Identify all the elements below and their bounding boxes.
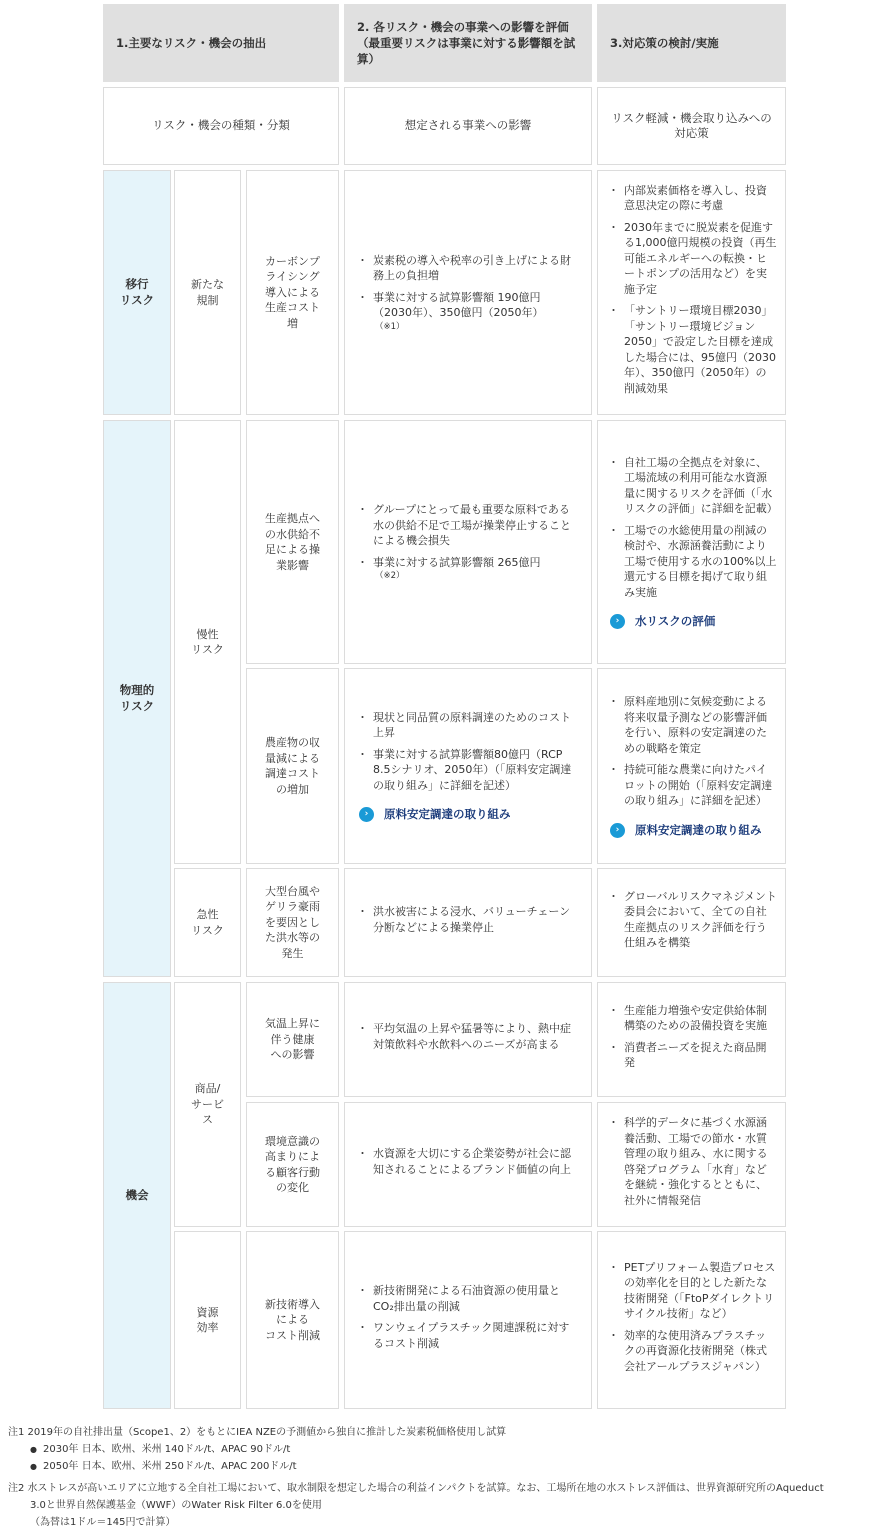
raw-material-procurement-link[interactable]: › 原料安定調達の取り組み: [610, 823, 777, 839]
impact-item: ワンウェイプラスチック関連課税に対するコスト削減: [359, 1320, 577, 1351]
risk-factor: カーボンプ ライシング 導入による 生産コスト 増: [246, 170, 339, 415]
response-cell: 科学的データに基づく水源涵養活動、工場での節水・水質管理の取り組み、水に関する啓…: [597, 1102, 786, 1227]
note-1: 注1 2019年の自社排出量（Scope1、2）をもとにIEA NZEの予測値か…: [8, 1424, 868, 1441]
category-physical-risk: 物理的 リスク: [103, 420, 171, 977]
impact-cell: 洪水被害による浸水、バリューチェーン分断などによる操業停止: [344, 868, 592, 977]
class-acute-risk: 急性 リスク: [174, 868, 241, 977]
subheader-label: リスク軽減・機会取り込みへの: [611, 111, 772, 127]
response-item: 生産能力増強や安定供給体制構築のための設備投資を実施: [610, 1003, 777, 1034]
impact-item: 事業に対する試算影響額 190億円（2030年）、350億円（2050年）: [359, 290, 577, 321]
subheader-label: 想定される事業への影響: [405, 118, 532, 134]
response-cell: PETプリフォーム製造プロセスの効率化を目的とした新たな技術開発（「FtoPダイ…: [597, 1231, 786, 1409]
note-2-exchange-rate: （為替は1ドル＝145円で計算）: [8, 1514, 868, 1531]
subheader-response: リスク軽減・機会取り込みへの 対応策: [597, 87, 786, 165]
response-item: 効率的な使用済みプラスチックの再資源化技術開発（株式会社アールプラスジャパン）: [610, 1328, 777, 1375]
response-item: 2030年までに脱炭素を促進する1,000億円規模の投資（再生可能エネルギーへの…: [610, 220, 777, 298]
note-1-item: 2030年 日本、欧州、米州 140ドル/t、APAC 90ドル/t: [8, 1441, 868, 1458]
response-cell: 内部炭素価格を導入し、投資意思決定の際に考慮 2030年までに脱炭素を促進する1…: [597, 170, 786, 415]
impact-cell: 現状と同品質の原料調達のためのコスト上昇 事業に対する試算影響額80億円（RCP…: [344, 668, 592, 864]
header-label: 3.対応策の検討/実施: [610, 35, 719, 51]
note-1-item: 2050年 日本、欧州、米州 250ドル/t、APAC 200ドル/t: [8, 1458, 868, 1475]
response-item: 持続可能な農業に向けたパイロットの開始（「原料安定調達の取り組み」に詳細を記述）: [610, 762, 777, 809]
class-products-services: 商品/ サービ ス: [174, 982, 241, 1227]
impact-item: 新技術開発による石油資源の使用量とCO₂排出量の削減: [359, 1283, 577, 1314]
response-item: 工場での水総使用量の削減の検討や、水源涵養活動により工場で使用する水の100%以…: [610, 523, 777, 601]
link-label: 原料安定調達の取り組み: [384, 807, 511, 823]
note-2: 注2 水ストレスが高いエリアに立地する全自社工場において、取水制限を想定した場合…: [8, 1480, 868, 1497]
subheader-label: リスク・機会の種類・分類: [152, 118, 290, 134]
subheader-types: リスク・機会の種類・分類: [103, 87, 339, 165]
note-2-continued: 3.0と世界自然保護基金（WWF）のWater Risk Filter 6.0を…: [8, 1497, 868, 1514]
response-cell: 自社工場の全拠点を対象に、工場流域の利用可能な水資源量に関するリスクを評価（「水…: [597, 420, 786, 664]
impact-item: 平均気温の上昇や猛暑等により、熱中症対策飲料や水飲料へのニーズが高まる: [359, 1021, 577, 1052]
impact-item: 水資源を大切にする企業姿勢が社会に認知されることによるブランド価値の向上: [359, 1146, 577, 1177]
chevron-right-icon: ›: [610, 823, 625, 838]
impact-cell: 炭素税の導入や税率の引き上げによる財務上の負担増 事業に対する試算影響額 190…: [344, 170, 592, 415]
header-col-response: 3.対応策の検討/実施: [597, 4, 786, 82]
water-risk-link[interactable]: › 水リスクの評価: [610, 614, 777, 630]
risk-factor: 大型台風や ゲリラ豪雨 を要因とし た洪水等の 発生: [246, 868, 339, 977]
link-label: 原料安定調達の取り組み: [635, 823, 762, 839]
raw-material-procurement-link[interactable]: › 原料安定調達の取り組み: [359, 807, 577, 823]
opportunity-factor: 新技術導入 による コスト削減: [246, 1231, 339, 1409]
response-item: 科学的データに基づく水源涵養活動、工場での節水・水質管理の取り組み、水に関する啓…: [610, 1115, 777, 1208]
impact-cell: グループにとって最も重要な原料である水の供給不足で工場が操業停止することによる機…: [344, 420, 592, 664]
class-resource-efficiency: 資源 効率: [174, 1231, 241, 1409]
response-item: 「サントリー環境目標2030」「サントリー環境ビジョン2050」で設定した目標を…: [610, 303, 777, 396]
opportunity-factor: 気温上昇に 伴う健康 への影響: [246, 982, 339, 1097]
risk-factor: 農産物の収 量減による 調達コスト の増加: [246, 668, 339, 864]
impact-item: 炭素税の導入や税率の引き上げによる財務上の負担増: [359, 253, 577, 284]
response-item: 消費者ニーズを捉えた商品開発: [610, 1040, 777, 1071]
impact-item: 現状と同品質の原料調達のためのコスト上昇: [359, 710, 577, 741]
response-cell: 原料産地別に気候変動による将来収量予測などの影響評価を行い、原料の安定調達のため…: [597, 668, 786, 864]
footnotes: 注1 2019年の自社排出量（Scope1、2）をもとにIEA NZEの予測値か…: [8, 1424, 868, 1531]
response-item: 内部炭素価格を導入し、投資意思決定の際に考慮: [610, 183, 777, 214]
category-transition-risk: 移行 リスク: [103, 170, 171, 415]
impact-item: 事業に対する試算影響額 265億円: [359, 555, 577, 571]
response-item: 自社工場の全拠点を対象に、工場流域の利用可能な水資源量に関するリスクを評価（「水…: [610, 455, 777, 517]
footnote-ref: （※2）: [359, 570, 577, 582]
category-opportunity: 機会: [103, 982, 171, 1409]
header-col-impact: 2. 各リスク・機会の事業への影響を評価（最重要リスクは事業に対する影響額を試算…: [344, 4, 592, 82]
impact-cell: 新技術開発による石油資源の使用量とCO₂排出量の削減 ワンウェイプラスチック関連…: [344, 1231, 592, 1409]
impact-cell: 水資源を大切にする企業姿勢が社会に認知されることによるブランド価値の向上: [344, 1102, 592, 1227]
header-label: 2. 各リスク・機会の事業への影響を評価（最重要リスクは事業に対する影響額を試算…: [357, 19, 579, 67]
impact-cell: 平均気温の上昇や猛暑等により、熱中症対策飲料や水飲料へのニーズが高まる: [344, 982, 592, 1097]
subheader-impact: 想定される事業への影響: [344, 87, 592, 165]
header-label: 1.主要なリスク・機会の抽出: [116, 35, 266, 51]
chevron-right-icon: ›: [359, 807, 374, 822]
response-cell: 生産能力増強や安定供給体制構築のための設備投資を実施 消費者ニーズを捉えた商品開…: [597, 982, 786, 1097]
chevron-right-icon: ›: [610, 614, 625, 629]
class-new-regulation: 新たな 規制: [174, 170, 241, 415]
risk-factor: 生産拠点へ の水供給不 足による操 業影響: [246, 420, 339, 664]
impact-item: グループにとって最も重要な原料である水の供給不足で工場が操業停止することによる機…: [359, 502, 577, 549]
link-label: 水リスクの評価: [635, 614, 715, 630]
response-item: グローバルリスクマネジメント委員会において、全ての自社生産拠点のリスク評価を行う…: [610, 889, 777, 951]
impact-item: 事業に対する試算影響額80億円（RCP 8.5シナリオ、2050年）（「原料安定…: [359, 747, 577, 794]
subheader-label: 対応策: [674, 126, 709, 142]
footnote-ref: （※1）: [359, 321, 577, 333]
response-item: PETプリフォーム製造プロセスの効率化を目的とした新たな技術開発（「FtoPダイ…: [610, 1260, 777, 1322]
response-item: 原料産地別に気候変動による将来収量予測などの影響評価を行い、原料の安定調達のため…: [610, 694, 777, 756]
header-col-extraction: 1.主要なリスク・機会の抽出: [103, 4, 339, 82]
response-cell: グローバルリスクマネジメント委員会において、全ての自社生産拠点のリスク評価を行う…: [597, 868, 786, 977]
class-chronic-risk: 慢性 リスク: [174, 420, 241, 864]
impact-item: 洪水被害による浸水、バリューチェーン分断などによる操業停止: [359, 904, 577, 935]
opportunity-factor: 環境意識の 高まりによ る顧客行動 の変化: [246, 1102, 339, 1227]
